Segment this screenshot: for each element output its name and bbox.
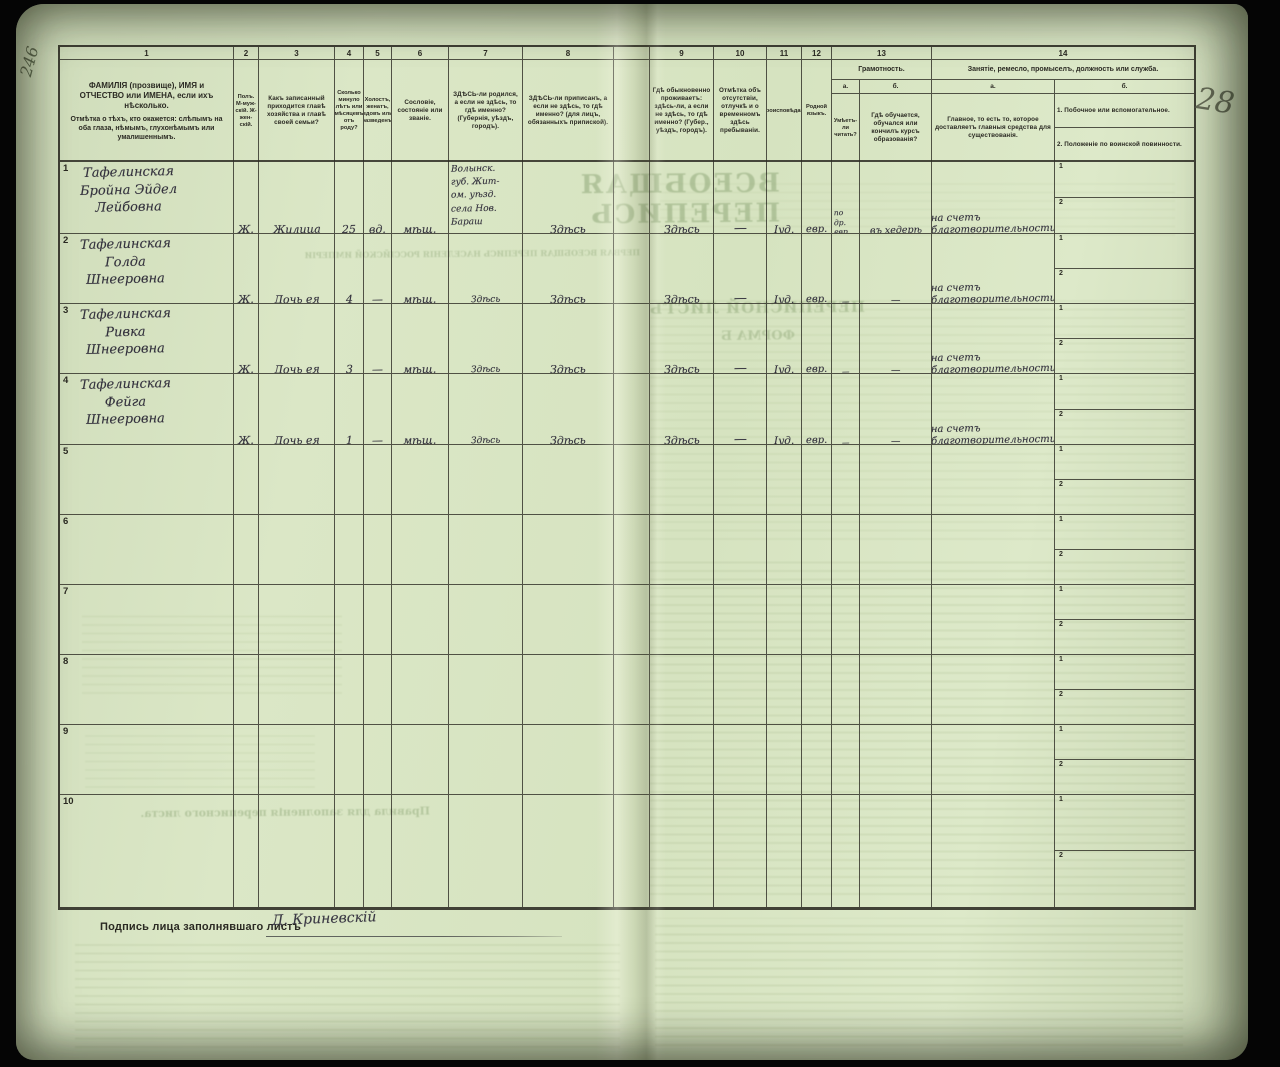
cell-school [860,655,932,724]
cell-absence [714,725,767,794]
cell-absence: — [714,304,767,373]
cell-text: Іуд. [772,223,796,233]
cell-birthplace [449,585,523,654]
cell-reads: — [832,374,860,444]
cell-text: Здѣсь [548,363,588,373]
cell-relation [259,445,335,514]
side-occupation-2: 2 [1055,620,1194,655]
cell-residence: Здѣсь [650,374,714,444]
cell-residence: Здѣсь [650,162,714,233]
side-occupation-1: 1 [1055,304,1194,339]
cell-sex: Ж. [234,234,259,303]
cell-relation: Дочь ея [259,304,335,373]
column-number: 10 [714,47,767,60]
table-row: 1ТафелинскаяБройна ЭйделЛейбовнаЖ.Жилица… [60,162,1194,234]
fold-gutter-cell [614,725,650,794]
name-line: Тафелинская [80,375,171,394]
cell-text: мѣщ. [401,363,439,373]
header-col13b-label: б. [860,80,932,94]
cell-text: — [370,363,385,373]
sub-row-label: 2 [1059,621,1063,628]
cell-text: Здѣсь [548,293,588,303]
cell-reads: — [832,304,860,373]
cell-absence [714,655,767,724]
sub-row-label: 2 [1059,551,1063,558]
table-row: 612 [60,515,1194,585]
row-number: 2 [63,235,68,246]
header-col1-title: ФАМИЛІЯ (прозвище), ИМЯ и ОТЧЕСТВО или И… [66,81,227,111]
column-number: 4 [335,47,364,60]
cell-text: Іуд. [772,434,796,444]
cell-school: — [860,374,932,444]
side-occupation-1: 1 [1055,725,1194,760]
cell-text: Дочь ея [272,363,322,373]
fold-gutter-cell [614,234,650,303]
name-line: Голда [80,253,171,272]
header-col3: Какъ записанный приходится главѣ хозяйст… [259,60,335,162]
cell-text: на счетъ благотворительности [932,281,1055,303]
cell-birthplace: Здѣсь [449,374,523,444]
side-occupation-2: 2 [1055,410,1194,446]
cell-residence [650,655,714,724]
cell-age [335,515,364,584]
cell-occupation [932,585,1055,654]
cell-text: — [731,291,748,303]
side-occupation-1: 1 [1055,374,1194,410]
fold-gutter-cell [614,445,650,514]
cell-estate: мѣщ. [392,374,449,444]
cell-language: евр. [802,374,832,444]
sub-row-label: 1 [1059,586,1063,593]
column-number: 3 [259,47,335,60]
cell-occupation [932,795,1055,907]
cell-residence: Здѣсь [650,234,714,303]
cell-marital: — [364,234,392,303]
cell-reads [832,515,860,584]
cell-relation: Дочь ея [259,374,335,444]
header-col14b-1: 1. Побочное или вспомогательное. [1055,94,1194,128]
cell-marital [364,725,392,794]
column-number: 2 [234,47,259,60]
cell-text: мѣщ. [401,293,439,303]
row-number: 3 [63,305,68,316]
sub-row-label: 1 [1059,305,1063,312]
header-col13a-label: а. [832,80,860,94]
name-cell: 9 [60,725,234,794]
cell-text: 4 [343,293,354,303]
cell-school: въ хедерѣ [860,162,932,233]
cell-religion [767,445,802,514]
cell-language: евр. [802,162,832,233]
name-cell: 7 [60,585,234,654]
cell-school [860,445,932,514]
cell-occupation: на счетъ благотворительности [932,162,1055,233]
cell-registered [523,725,614,794]
cell-estate: мѣщ. [392,304,449,373]
cell-reads [832,655,860,724]
cell-text: на счетъ благотворительности [932,422,1055,444]
cell-residence [650,515,714,584]
side-occupation-1: 1 [1055,515,1194,550]
row-number: 9 [63,726,68,737]
name-line: Тафелинская [80,163,177,183]
fold-gutter-cell [614,655,650,724]
cell-text: Ж. [236,363,256,373]
row-number: 5 [63,446,68,457]
cell-birthplace [449,795,523,907]
cell-text: — [731,221,748,233]
cell-text: Здѣсь [469,436,502,444]
header-col11: Вѣроисповѣданіе. [767,60,802,162]
cell-school [860,585,932,654]
column-number: 9 [650,47,714,60]
fold-gutter-cell [614,162,650,233]
header-col12: Родной языкъ. [802,60,832,162]
cell-religion [767,515,802,584]
cell-marital: — [364,374,392,444]
side-occupation-2: 2 [1055,198,1194,234]
side-occupation-1: 1 [1055,655,1194,690]
cell-text: 1 [343,434,354,444]
cell-registered: Здѣсь [523,234,614,303]
cell-absence [714,585,767,654]
cell-relation: Дочь ея [259,234,335,303]
fold-gutter-cell [614,585,650,654]
cell-reads [832,725,860,794]
cell-relation [259,585,335,654]
cell-registered: Здѣсь [523,304,614,373]
cell-text: — [840,296,852,303]
cell-age: 3 [335,304,364,373]
cell-text: евр. [804,294,830,303]
person-name: ТафелинскаяГолдаШнееровна [80,236,171,289]
side-occupation-2: 2 [1055,480,1194,515]
cell-birthplace [449,725,523,794]
column-number: 8 [523,47,614,60]
sub-row-label: 1 [1059,163,1063,170]
table-row: 3ТафелинскаяРивкаШнееровнаЖ.Дочь ея3—мѣщ… [60,304,1194,374]
cell-age [335,585,364,654]
side-occupation-2: 2 [1055,851,1194,907]
census-table: 1234567891011121314ФАМИЛІЯ (прозвище), И… [58,45,1196,910]
cell-registered [523,655,614,724]
cell-language [802,795,832,907]
row-number: 7 [63,586,68,597]
cell-text: Ж. [236,223,256,233]
cell-registered: Здѣсь [523,374,614,444]
side-occupation-1: 1 [1055,162,1194,198]
header-col6: Сословіе, состояніе или званіе. [392,60,449,162]
cell-text: мѣщ. [401,223,439,233]
row-number: 4 [63,375,68,386]
person-name: ТафелинскаяБройна ЭйделЛейбовна [80,164,177,217]
cell-text: — [731,432,748,444]
cell-relation [259,655,335,724]
cell-occupation [932,655,1055,724]
side-occupation-2: 2 [1055,269,1194,304]
sub-row-label: 1 [1059,235,1063,242]
name-cell: 2ТафелинскаяГолдаШнееровна [60,234,234,303]
cell-text: — [889,364,903,373]
cell-estate [392,585,449,654]
cell-religion [767,795,802,907]
cell-residence [650,795,714,907]
name-line: Тафелинская [80,235,171,254]
fold-gutter-cell [614,795,650,907]
cell-text: Здѣсь [662,363,702,373]
cell-birthplace [449,445,523,514]
side-occupation-2: 2 [1055,550,1194,585]
cell-religion [767,655,802,724]
header-col13-title: Грамотность. [832,60,932,80]
cell-language [802,585,832,654]
cell-absence: — [714,162,767,233]
cell-residence [650,585,714,654]
cell-absence [714,515,767,584]
sub-row-label: 1 [1059,796,1063,803]
cell-text: Дочь ея [272,434,322,444]
cell-registered [523,515,614,584]
cell-estate [392,795,449,907]
cell-registered [523,585,614,654]
cell-marital [364,515,392,584]
name-line: Шнееровна [80,340,171,359]
cell-birthplace [449,655,523,724]
fold-gutter-cell [614,304,650,373]
cell-school [860,725,932,794]
cell-text: Ж. [236,293,256,303]
cell-reads [832,795,860,907]
signature-flourish-line [266,936,562,937]
cell-registered: Здѣсь [523,162,614,233]
sub-row-label: 2 [1059,852,1063,859]
cell-religion: Іуд. [767,304,802,373]
name-line: Бройна Эйдел [80,180,177,200]
cell-occupation: на счетъ благотворительности [932,234,1055,303]
cell-text: — [840,437,852,444]
person-name: ТафелинскаяРивкаШнееровна [80,306,171,359]
table-row: 512 [60,445,1194,515]
cell-marital [364,795,392,907]
cell-text: евр. [804,435,830,444]
header-gap [614,60,650,162]
cell-language: евр. [802,234,832,303]
cell-school: — [860,304,932,373]
cell-registered [523,445,614,514]
cell-estate [392,655,449,724]
cell-text: Здѣсь [662,434,702,444]
cell-relation [259,795,335,907]
table-row: 812 [60,655,1194,725]
row-number: 10 [63,796,74,807]
cell-text: Дочь ея [272,293,322,303]
cell-language [802,725,832,794]
cell-relation [259,515,335,584]
sub-row-label: 2 [1059,270,1063,277]
cell-occupation: на счетъ благотворительности [932,304,1055,373]
name-cell: 8 [60,655,234,724]
header-col13a: Умѣетъ-ли читать? [832,94,860,162]
cell-language [802,445,832,514]
name-cell: 4ТафелинскаяФейгаШнееровна [60,374,234,444]
cell-registered [523,795,614,907]
name-line: Лейбовна [80,198,177,218]
cell-text: Жилица [270,223,322,233]
fold-gutter-cell [614,374,650,444]
cell-occupation [932,515,1055,584]
sub-row-label: 1 [1059,726,1063,733]
cell-sex [234,515,259,584]
scanned-census-sheet: ВСЕОБЩАЯ ПЕРЕПИСЬ ПЕРВАЯ ВСЕОБЩАЯ ПЕРЕПИ… [0,0,1280,1067]
cell-language: евр. [802,304,832,373]
cell-religion: Іуд. [767,234,802,303]
cell-absence [714,445,767,514]
fold-gutter-cell [614,515,650,584]
header-col14b-label: б. [1055,80,1194,94]
cell-absence [714,795,767,907]
name-line: Ривка [80,323,171,342]
header-col13b: Гдѣ обучается, обучался или кончилъ курс… [860,94,932,162]
name-cell: 10 [60,795,234,907]
cell-text: — [889,294,903,303]
cell-marital [364,445,392,514]
header-col10: Отмѣтка объ отсутствіи, отлучкѣ и о врем… [714,60,767,162]
header-col1-note: Отмѣтка о тѣхъ, кто окажется: слѣпымъ на… [66,115,227,142]
sub-row-label: 1 [1059,656,1063,663]
cell-relation: Жилица [259,162,335,233]
table-row: 2ТафелинскаяГолдаШнееровнаЖ.Дочь ея4—мѣщ… [60,234,1194,304]
name-cell: 5 [60,445,234,514]
cell-sex [234,655,259,724]
header-col9: Гдѣ обыкновенно проживаетъ: здѣсь-ли, а … [650,60,714,162]
cell-text: Ж. [236,434,256,444]
cell-religion [767,585,802,654]
header-col4: Сколько минуло лѣтъ или мѣсяцевъ отъ род… [335,60,364,162]
column-number: 7 [449,47,523,60]
table-row: 712 [60,585,1194,655]
cell-occupation [932,445,1055,514]
cell-marital: — [364,304,392,373]
cell-age [335,445,364,514]
cell-occupation [932,725,1055,794]
name-cell: 1ТафелинскаяБройна ЭйделЛейбовна [60,162,234,233]
name-cell: 6 [60,515,234,584]
cell-sex: Ж. [234,162,259,233]
table-row: 912 [60,725,1194,795]
name-line: Шнееровна [80,270,171,289]
column-number: 13 [832,47,932,60]
cell-religion: Іуд. [767,162,802,233]
cell-estate [392,515,449,584]
header-col5: Холостъ, женатъ, вдовъ или разведенъ. [364,60,392,162]
cell-text: Волынск.губ. Жит-ом. уѣзд.села Нов.Бараш [449,162,522,230]
cell-reads [832,445,860,514]
sub-row-label: 2 [1059,481,1063,488]
sub-row-label: 2 [1059,761,1063,768]
signature-label: Подпись лица заполнявшаго листъ [100,921,301,933]
column-number: 14 [932,47,1194,60]
cell-sex [234,795,259,907]
column-number: 11 [767,47,802,60]
cell-text: по др. евр. [832,207,859,233]
cell-occupation: на счетъ благотворительности [932,374,1055,444]
cell-sex: Ж. [234,304,259,373]
column-number: 5 [364,47,392,60]
cell-sex [234,445,259,514]
name-line: Тафелинская [80,305,171,324]
cell-religion: Іуд. [767,374,802,444]
cell-text: Здѣсь [548,434,588,444]
name-line: Фейга [80,393,171,412]
cell-text: Іуд. [772,293,796,303]
cell-text: вд. [367,223,388,233]
side-occupation-2: 2 [1055,339,1194,374]
sub-row-label: 1 [1059,375,1063,382]
cell-school [860,795,932,907]
sub-row-label: 2 [1059,340,1063,347]
cell-age [335,725,364,794]
side-occupation-2: 2 [1055,690,1194,725]
cell-text: 25 [340,223,358,233]
cell-sex [234,585,259,654]
cell-text: Іуд. [772,363,796,373]
cell-residence [650,725,714,794]
sub-row-label: 1 [1059,446,1063,453]
cell-birthplace: Волынск.губ. Жит-ом. уѣзд.села Нов.Бараш [449,162,523,233]
header-col8: ЗДѢСЬ-ли приписанъ, а если не здѣсь, то … [523,60,614,162]
sub-row-label: 1 [1059,516,1063,523]
cell-text: 3 [343,363,354,373]
side-occupation-1: 1 [1055,585,1194,620]
column-number: 6 [392,47,449,60]
sub-row-label: 2 [1059,691,1063,698]
cell-text: евр. [804,364,830,373]
cell-text: — [731,361,748,373]
header-col14-title: Занятіе, ремесло, промыселъ, должность и… [932,60,1194,80]
birthplace-line: села Нов. [451,202,520,216]
sub-row-label: 2 [1059,199,1063,206]
cell-marital [364,655,392,724]
cell-birthplace: Здѣсь [449,304,523,373]
cell-estate: мѣщ. [392,162,449,233]
cell-text: Здѣсь [662,293,702,303]
cell-absence: — [714,374,767,444]
cell-text: — [840,366,852,373]
header-col14a: Главное, то есть то, которое доставляетъ… [932,94,1055,162]
person-name: ТафелинскаяФейгаШнееровна [80,376,171,429]
side-occupation-1: 1 [1055,795,1194,851]
birthplace-line: ом. уѣзд. [451,189,520,203]
cell-age: 4 [335,234,364,303]
cell-language [802,655,832,724]
row-number: 1 [63,163,68,174]
cell-text: въ хедерѣ [867,224,923,233]
cell-age [335,655,364,724]
column-number: 1 [60,47,234,60]
cell-sex [234,725,259,794]
cell-reads: — [832,234,860,303]
cell-age: 1 [335,374,364,444]
cell-reads [832,585,860,654]
side-occupation-1: 1 [1055,445,1194,480]
cell-birthplace: Здѣсь [449,234,523,303]
name-line: Шнееровна [80,410,171,429]
cell-sex: Ж. [234,374,259,444]
sub-row-label: 2 [1059,411,1063,418]
cell-absence: — [714,234,767,303]
table-row: 1012 [60,795,1194,907]
cell-estate: мѣщ. [392,234,449,303]
